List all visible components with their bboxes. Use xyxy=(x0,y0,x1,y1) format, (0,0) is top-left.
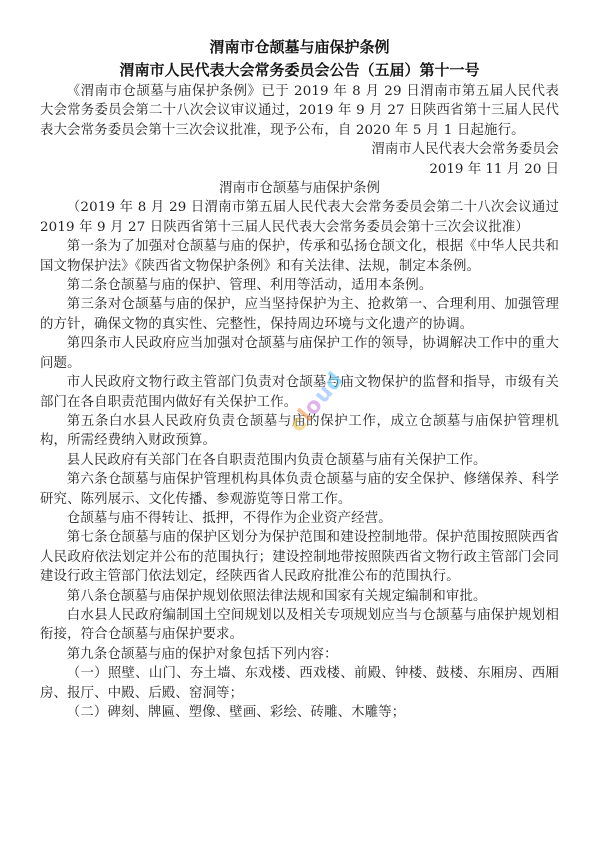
article-paragraph: 第九条仓颉墓与庙的保护对象包括下列内容： xyxy=(40,645,559,664)
article-paragraph: 白水县人民政府编制国土空间规划以及相关专项规划应当与仓颉墓与庙保护规划相衔接，符… xyxy=(40,606,559,645)
announcement-title: 渭南市人民代表大会常务委员会公告（五届）第十一号 xyxy=(40,59,559,81)
issue-date: 2019 年 11 月 20 日 xyxy=(40,160,559,179)
article-paragraph: 第二条仓颉墓与庙的保护、管理、利用等活动，适用本条例。 xyxy=(40,276,559,295)
article-paragraph: 第五条白水县人民政府负责仓颉墓与庙的保护工作，成立仓颉墓与庙保护管理机构，所需经… xyxy=(40,412,559,451)
document-page: 渭南市仓颉墓与庙保护条例 渭南市人民代表大会常务委员会公告（五届）第十一号 《渭… xyxy=(40,36,559,722)
article-paragraph: （一）照壁、山门、夯土墙、东戏楼、西戏楼、前殿、钟楼、鼓楼、东厢房、西厢房、报厅… xyxy=(40,664,559,703)
regulation-title: 渭南市仓颉墓与庙保护条例 xyxy=(40,179,559,198)
article-paragraph: 第六条仓颉墓与庙保护管理机构具体负责仓颉墓与庙的安全保护、修缮保养、科学研究、陈… xyxy=(40,470,559,509)
article-paragraph: 仓颉墓与庙不得转让、抵押，不得作为企业资产经营。 xyxy=(40,509,559,528)
article-paragraph: 第四条市人民政府应当加强对仓颉墓与庙保护工作的领导，协调解决工作中的重大问题。 xyxy=(40,334,559,373)
adoption-note: （2019 年 8 月 29 日渭南市第五届人民代表大会常务委员会第二十八次会议… xyxy=(40,198,559,237)
document-title: 渭南市仓颉墓与庙保护条例 xyxy=(40,36,559,58)
article-paragraph: 第一条为了加强对仓颉墓与庙的保护，传承和弘扬仓颉文化，根据《中华人民共和国文物保… xyxy=(40,237,559,276)
announcement-body: 《渭南市仓颉墓与庙保护条例》已于 2019 年 8 月 29 日渭南市第五届人民… xyxy=(40,82,559,140)
article-paragraph: 第七条仓颉墓与庙的保护区划分为保护范围和建设控制地带。保护范围按照陕西省人民政府… xyxy=(40,528,559,586)
article-paragraph: （二）碑刻、牌匾、塑像、壁画、彩绘、砖雕、木雕等； xyxy=(40,703,559,722)
article-paragraph: 市人民政府文物行政主管部门负责对仓颉墓与庙文物保护的监督和指导，市级有关部门在各… xyxy=(40,373,559,412)
article-paragraph: 县人民政府有关部门在各自职责范围内负责仓颉墓与庙有关保护工作。 xyxy=(40,451,559,470)
article-paragraph: 第三条对仓颉墓与庙的保护，应当坚持保护为主、抢救第一、合理利用、加强管理的方针，… xyxy=(40,295,559,334)
article-paragraph: 第八条仓颉墓与庙保护规划依照法律法规和国家有关规定编制和审批。 xyxy=(40,587,559,606)
issuer: 渭南市人民代表大会常务委员会 xyxy=(40,140,559,159)
